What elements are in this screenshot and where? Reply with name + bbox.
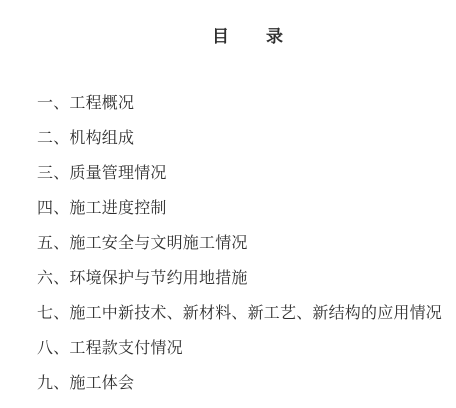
toc-item-7: 七、施工中新技术、新材料、新工艺、新结构的应用情况 [37,296,446,331]
toc-item-5: 五、施工安全与文明施工情况 [37,226,446,261]
toc-title: 目 录 [40,28,456,46]
toc-item-2: 二、机构组成 [37,121,446,156]
toc-item-1: 一、工程概况 [37,86,446,121]
toc-list: 一、工程概况 二、机构组成 三、质量管理情况 四、施工进度控制 五、施工安全与文… [37,86,446,401]
toc-item-6: 六、环境保护与节约用地措施 [37,261,446,296]
toc-item-8: 八、工程款支付情况 [37,331,446,366]
toc-item-9: 九、施工体会 [37,366,446,401]
toc-item-3: 三、质量管理情况 [37,156,446,191]
document-page: 目 录 一、工程概况 二、机构组成 三、质量管理情况 四、施工进度控制 五、施工… [0,0,456,408]
toc-item-4: 四、施工进度控制 [37,191,446,226]
